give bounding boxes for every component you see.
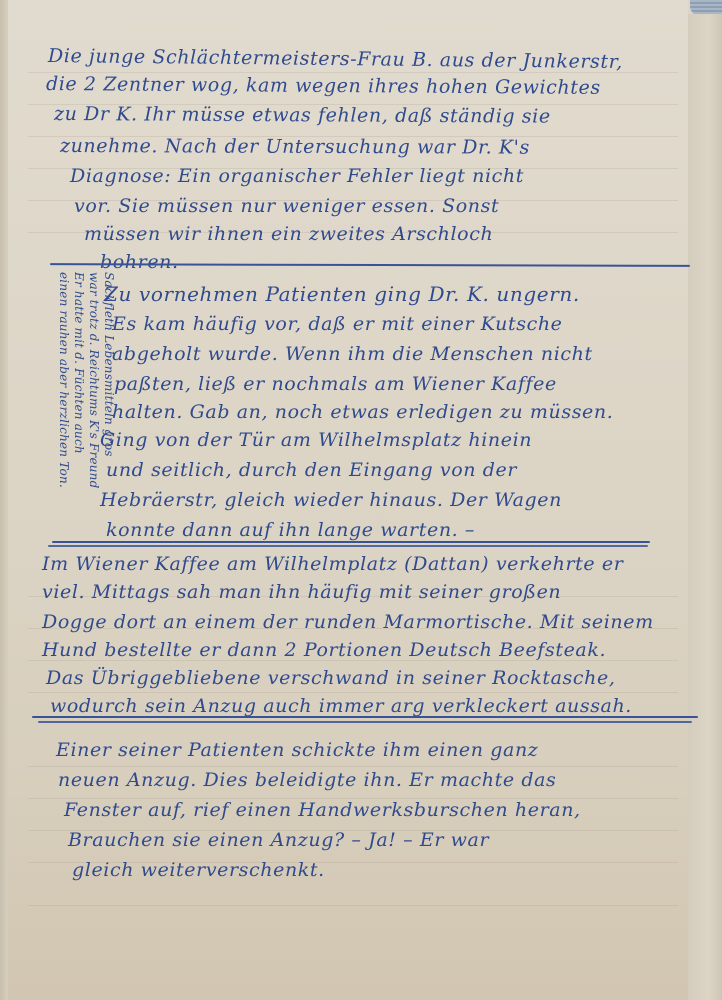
ruled-line: [28, 766, 678, 767]
section-divider: [48, 545, 648, 547]
text-line: paßten, ließ er nochmals am Wiener Kaffe…: [114, 372, 557, 396]
margin-note-line: Er hatte mit d. Füchten auch: [71, 272, 86, 540]
text-line: Dogge dort an einem der runden Marmortis…: [42, 610, 654, 634]
text-line: Brauchen sie einen Anzug? – Ja! – Er war: [68, 828, 489, 852]
text-line: und seitlich, durch den Eingang von der: [106, 458, 517, 482]
text-line: Hund bestellte er dann 2 Portionen Deuts…: [42, 638, 606, 662]
text-line: Ging von der Tür am Wilhelmsplatz hinein: [100, 428, 532, 452]
text-line: müssen wir ihnen ein zweites Arschloch: [84, 222, 493, 246]
manuscript-page: Die junge Schlächtermeisters-Frau B. aus…: [8, 0, 688, 1000]
text-line: Zu vornehmen Patienten ging Dr. K. unger…: [104, 282, 580, 306]
text-line: gleich weiterverschenkt.: [72, 858, 325, 882]
manuscript-photo: Die junge Schlächtermeisters-Frau B. aus…: [0, 0, 722, 1000]
text-line: viel. Mittags sah man ihn häufig mit sei…: [42, 580, 561, 604]
text-line: neuen Anzug. Dies beleidigte ihn. Er mac…: [58, 768, 556, 792]
back-page-edge: [687, 14, 722, 1000]
text-line: zunehme. Nach der Untersuchung war Dr. K…: [60, 134, 530, 160]
text-line: Das Übriggebliebene verschwand in seiner…: [46, 666, 615, 690]
text-line: wodurch sein Anzug auch immer arg verkle…: [50, 694, 632, 718]
text-line: abgeholt wurde. Wenn ihm die Menschen ni…: [112, 342, 593, 366]
section-divider: [32, 716, 698, 718]
ruled-line: [28, 692, 678, 693]
section-divider: [52, 541, 650, 543]
margin-note-line: einen rauhen aber herzlichen Ton.: [56, 272, 71, 540]
text-line: die 2 Zentner wog, kam wegen ihres hohen…: [46, 72, 601, 100]
text-line: Diagnose: Ein organischer Fehler liegt n…: [70, 164, 524, 188]
text-line: vor. Sie müssen nur weniger essen. Sonst: [74, 194, 499, 218]
text-line: zu Dr K. Ihr müsse etwas fehlen, daß stä…: [54, 102, 551, 129]
section-divider: [38, 721, 692, 723]
text-line: bohren.: [100, 250, 179, 274]
text-line: konnte dann auf ihn lange warten. –: [106, 518, 475, 542]
text-line: Einer seiner Patienten schickte ihm eine…: [56, 738, 538, 762]
margin-note-line: war trotz d. Reichtums K's Freund: [86, 272, 101, 540]
text-line: Im Wiener Kaffee am Wilhelmplatz (Dattan…: [42, 552, 623, 576]
text-line: halten. Gab an, noch etwas erledigen zu …: [112, 400, 613, 424]
text-line: Hebräerstr, gleich wieder hinaus. Der Wa…: [100, 488, 562, 512]
ruled-line: [28, 905, 678, 906]
text-line: Fenster auf, rief einen Handwerksbursche…: [64, 798, 581, 822]
text-line: Es kam häufig vor, daß er mit einer Kuts…: [112, 312, 563, 336]
text-line: Die junge Schlächtermeisters-Frau B. aus…: [48, 44, 623, 74]
